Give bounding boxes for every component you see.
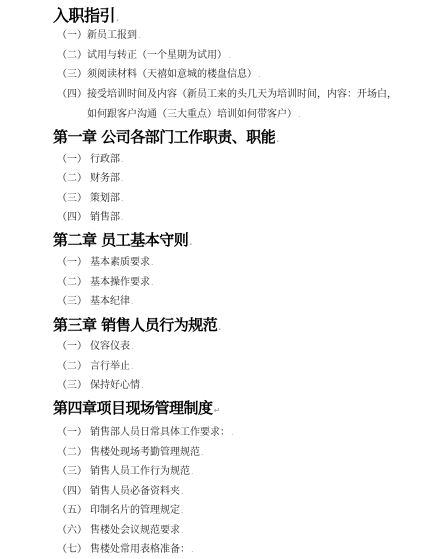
list-item: （三）须阅读材料（天禧如意城的楼盘信息）. xyxy=(57,65,261,80)
list-item: （二）基本操作要求. xyxy=(57,273,154,288)
heading-chapter-2: 第二章 员工基本守则. xyxy=(53,229,192,250)
list-item: （二）试用与转正（一个星期为试用）. xyxy=(57,46,231,61)
list-item: （一）基本素质要求. xyxy=(57,253,154,268)
list-item: （一）行政部. xyxy=(57,150,124,165)
list-item: （二）售楼处现场考勤管理规范. xyxy=(57,443,204,458)
heading-chapter-1: 第一章 公司各部门工作职责、职能. xyxy=(53,126,279,147)
list-item: （一）仪容仪表. xyxy=(57,337,134,352)
list-item: （六）售楼处会议规范要求. xyxy=(57,521,184,536)
heading-chapter-3: 第三章 销售人员行为规范. xyxy=(53,314,221,335)
list-item: （四）销售部. xyxy=(57,208,124,223)
list-item: （二）财务部. xyxy=(57,169,124,184)
list-item: （五）印制名片的管理规定. xyxy=(57,501,184,516)
list-item: （三）保持好心情. xyxy=(57,376,144,391)
list-item: （四）接受培训时间及内容（新员工来的头几天为培训时间，内容：开场白， xyxy=(57,85,397,100)
paragraph-mark: . xyxy=(116,14,119,23)
list-item: （三）策划部. xyxy=(57,189,124,204)
list-item: （一）销售部人员日常具体工作要求：. xyxy=(57,423,234,438)
list-item-continuation: 如何跟客户沟通（三大重点）培训如何带客户）. xyxy=(87,105,301,120)
list-item: （七）售楼处常用表格准备：. xyxy=(57,540,194,555)
heading-chapter-4: 第四章项目现场管理制度↵ xyxy=(53,397,220,418)
list-item: （三）基本纪律. xyxy=(57,292,134,307)
heading-intro: 入职指引. xyxy=(53,3,119,26)
list-item: （四）销售人员必备资料夹. xyxy=(57,482,184,497)
heading-text: 入职指引 xyxy=(53,6,115,25)
list-item: （三）销售人员工作行为规范. xyxy=(57,462,194,477)
list-item: （一）新员工报到. xyxy=(57,26,141,41)
list-item: （二）言行举止. xyxy=(57,357,134,372)
